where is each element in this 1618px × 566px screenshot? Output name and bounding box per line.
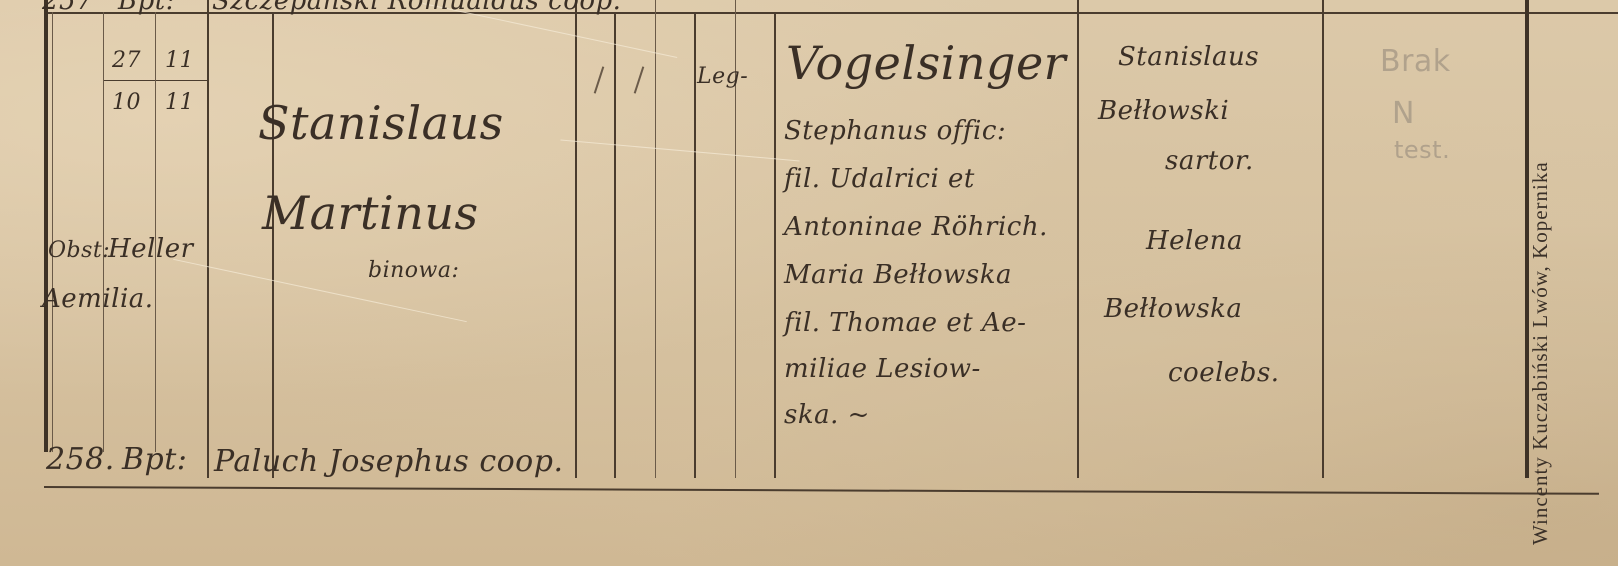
midwife-given: Aemilia. xyxy=(42,284,154,314)
paper-crease xyxy=(560,140,799,162)
col-line xyxy=(1077,0,1079,478)
godfather-occupation: sartor. xyxy=(1165,146,1254,176)
godmother-surname: Bełłowska xyxy=(1104,294,1242,324)
col-line xyxy=(155,12,156,452)
left-margin-rule xyxy=(44,0,48,452)
legitimacy-mark: Leg- xyxy=(697,64,748,89)
father-surname: Vogelsinger xyxy=(786,36,1066,90)
col-line xyxy=(575,0,577,478)
godmother-status: coelebs. xyxy=(1168,358,1280,388)
godfather-given: Stanislaus xyxy=(1118,42,1259,72)
baptism-month: 11 xyxy=(165,90,194,115)
col-line xyxy=(272,12,274,478)
child-name-line1: Stanislaus xyxy=(258,96,504,150)
bottom-row-rule xyxy=(44,486,1599,495)
child-name-line2: Martinus xyxy=(262,186,479,240)
col-line xyxy=(694,12,696,478)
midwife-label: Obst: xyxy=(48,238,110,263)
mother-parentage: fil. Thomae et Ae- xyxy=(784,308,1026,338)
col-line xyxy=(655,0,656,478)
mother-parentage-cont: miliae Lesiow- xyxy=(784,354,981,384)
bottom-entry-number: 258. xyxy=(46,442,115,477)
col-line xyxy=(1322,0,1324,478)
father-given: Stephanus offic: xyxy=(784,116,1006,146)
mother-name: Maria Bełłowska xyxy=(784,260,1012,290)
top-entry-bpt-label: Bpt: xyxy=(118,0,175,16)
pencil-note-line1: Brak xyxy=(1380,44,1451,79)
father-parentage-cont: Antoninae Röhrich. xyxy=(784,212,1048,242)
pencil-note-line2: N xyxy=(1392,96,1415,131)
baptism-day: 10 xyxy=(112,90,141,115)
birth-month: 11 xyxy=(165,48,194,73)
birth-day: 27 xyxy=(112,48,141,73)
col-line xyxy=(52,12,53,452)
sex-mark-tick-1 xyxy=(594,66,605,93)
child-residence: binowa: xyxy=(368,258,459,283)
godfather-surname: Bełłowski xyxy=(1098,96,1229,126)
midwife-surname: Heller xyxy=(108,234,194,264)
col-line xyxy=(103,12,104,452)
top-entry-number: 257 xyxy=(42,0,93,16)
col-line xyxy=(614,12,616,478)
col-line xyxy=(207,0,209,478)
sex-mark-tick-2 xyxy=(634,66,645,93)
godmother-given: Helena xyxy=(1146,226,1243,256)
col-line xyxy=(774,12,776,478)
bottom-entry-bpt-label: Bpt: xyxy=(122,442,187,477)
mother-parentage-end: ska. ~ xyxy=(784,400,870,430)
father-parentage: fil. Udalrici et xyxy=(784,164,975,194)
top-entry-priest: Szczepański Romualdus coop. xyxy=(212,0,621,16)
pencil-note-line3: test. xyxy=(1394,136,1450,164)
bottom-entry-priest: Paluch Josephus coop. xyxy=(214,444,563,479)
register-page: 257 Bpt: Szczepański Romualdus coop. 27 … xyxy=(0,0,1618,566)
printer-imprint: Wincenty Kuczabiński Lwów, Kopernika xyxy=(1528,161,1553,545)
